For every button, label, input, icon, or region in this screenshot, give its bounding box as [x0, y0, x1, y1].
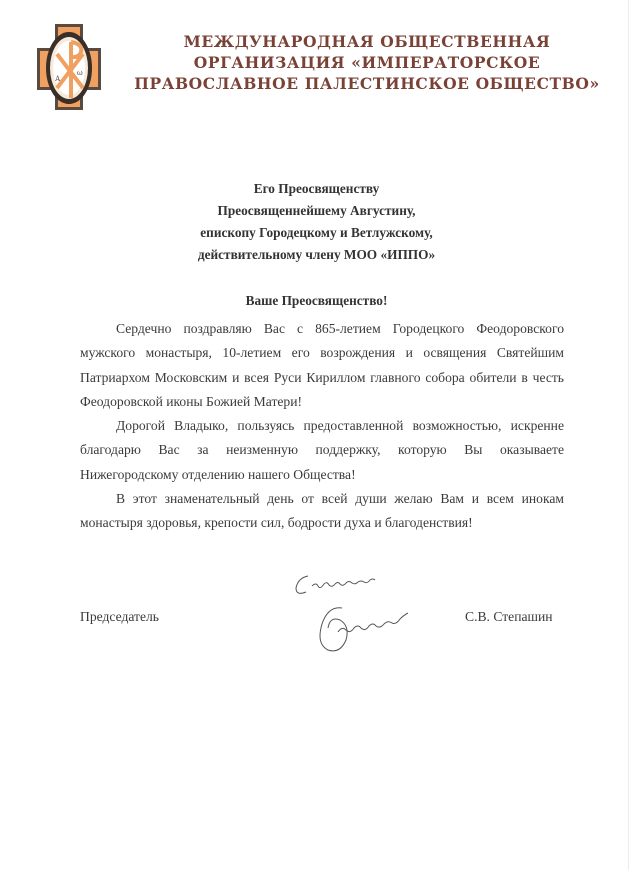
page-edge: [628, 0, 629, 870]
addressee-line: действительному члену МОО «ИППО»: [0, 244, 633, 266]
body-paragraph: Дорогой Владыко, пользуясь предоставленн…: [80, 414, 564, 487]
svg-text:ω: ω: [77, 69, 83, 77]
signatory-role: Председатель: [80, 609, 159, 625]
organization-title: МЕЖДУНАРОДНАЯ ОБЩЕСТВЕННАЯ ОРГАНИЗАЦИЯ «…: [122, 31, 612, 94]
addressee-line: епископу Городецкому и Ветлужскому,: [0, 222, 633, 244]
letter-body: Сердечно поздравляю Вас с 865-летием Гор…: [80, 317, 564, 536]
org-title-line: МЕЖДУНАРОДНАЯ ОБЩЕСТВЕННАЯ: [122, 31, 612, 52]
salutation: Ваше Преосвященство!: [0, 293, 633, 309]
letter-page: А ω МЕЖДУНАРОДНАЯ ОБЩЕСТВЕННАЯ ОРГАНИЗАЦ…: [0, 0, 633, 870]
body-paragraph: Сердечно поздравляю Вас с 865-летием Гор…: [80, 317, 564, 414]
addressee-line: Его Преосвященству: [0, 178, 633, 200]
org-title-line: ОРГАНИЗАЦИЯ «ИМПЕРАТОРСКОЕ: [122, 52, 612, 73]
addressee-block: Его Преосвященству Преосвященнейшему Авг…: [0, 178, 633, 266]
body-paragraph: В этот знаменательный день от всей души …: [80, 487, 564, 536]
svg-text:А: А: [55, 75, 61, 83]
org-title-line: ПРАВОСЛАВНОЕ ПАЛЕСТИНСКОЕ ОБЩЕСТВО»: [122, 73, 612, 94]
handwritten-signature: [290, 570, 460, 665]
signatory-name: С.В. Степашин: [465, 609, 553, 625]
addressee-line: Преосвященнейшему Августину,: [0, 200, 633, 222]
emblem-cross-icon: А ω: [35, 22, 103, 112]
